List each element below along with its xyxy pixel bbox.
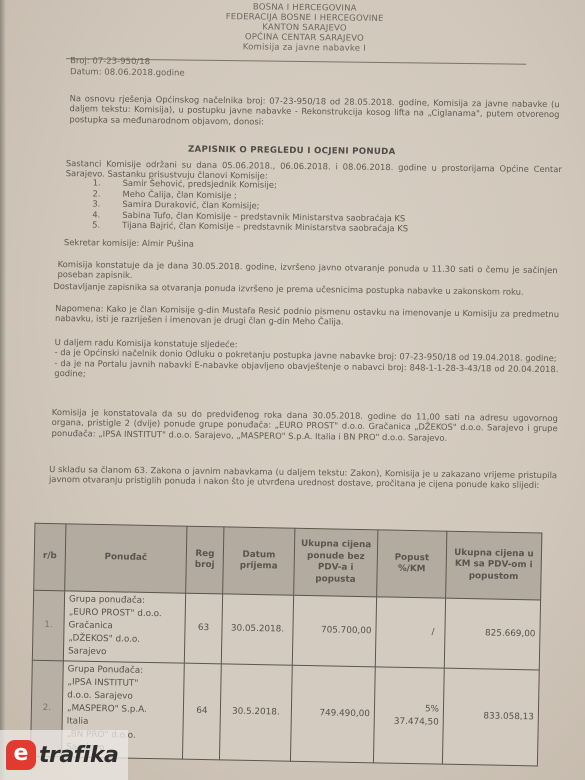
col-popust: Popust %/KM xyxy=(377,530,447,598)
commission-members-list: 1.Samir Šehović, predsjednik Komisije; 2… xyxy=(92,177,409,233)
document-content: BOSNA I HERCEGOVINA FEDERACIJA BOSNE I H… xyxy=(0,0,585,780)
col-ponudac: Ponuđač xyxy=(65,524,187,593)
further-findings: U daljem radu Komisija konstatuje sljede… xyxy=(54,337,558,385)
document-date: Datum: 08.06.2018.godine xyxy=(70,67,185,79)
law-paragraph: U skladu sa članom 63. Zakona o javnim n… xyxy=(49,464,557,491)
cell-ukupna-bez-pdv: 749.490,00 xyxy=(290,665,375,763)
col-reg-broj: Reg broj xyxy=(186,526,224,594)
cell-popust: / xyxy=(375,597,445,668)
cell-rb: 1. xyxy=(32,590,64,661)
cell-ponudac: Grupa ponuđača: „EURO PROST" d.o.o. Grač… xyxy=(63,591,185,663)
table-header-row: r/b Ponuđač Reg broj Datum prijema Ukupn… xyxy=(34,523,542,600)
etrafika-watermark: e trafika xyxy=(0,730,128,780)
document-title: ZAPISNIK O PREGLEDU I OCJENI PONUDA xyxy=(188,145,396,158)
cell-datum: 30.05.2018. xyxy=(221,594,293,665)
etrafika-logo-text: trafika xyxy=(39,743,118,768)
col-datum-prijema: Datum prijema xyxy=(223,527,295,595)
cell-ukupna-sa-pdv: 825.669,00 xyxy=(444,598,540,670)
cell-datum: 30.5.2018. xyxy=(219,664,292,761)
intro-paragraph: Na osnovu rješenja Općinskog načelnika b… xyxy=(69,93,559,130)
cell-reg-broj: 64 xyxy=(182,663,221,760)
note-paragraph: Napomena: Kako je član Komisije g-din Mu… xyxy=(55,303,559,330)
table-row: 1. Grupa ponuđača: „EURO PROST" d.o.o. G… xyxy=(32,590,540,670)
col-ukupna-bez-pdv: Ukupna cijena ponude bez PDV-a i popusta xyxy=(294,528,378,597)
received-offers-paragraph: Komisija je konstatovala da su do predvi… xyxy=(52,407,558,444)
col-ukupna-sa-pdv: Ukupna cijena u KM sa PDV-om i popustom xyxy=(446,531,542,600)
cell-popust: 5% 37.474,50 xyxy=(373,667,444,764)
document-page: BOSNA I HERCEGOVINA FEDERACIJA BOSNE I H… xyxy=(0,0,585,780)
institution-header: BOSNA I HERCEGOVINA FEDERACIJA BOSNE I H… xyxy=(184,2,425,55)
header-line: Komisija za javne nabavke I xyxy=(184,42,424,55)
cell-ukupna-sa-pdv: 833.058,13 xyxy=(442,668,539,766)
cell-reg-broj: 63 xyxy=(184,593,222,664)
etrafika-logo-icon: e xyxy=(6,740,36,770)
col-rb: r/b xyxy=(34,523,66,591)
document-meta: Broj: 07-23-950/18 Datum: 08.06.2018.god… xyxy=(70,56,185,79)
commission-secretary: Sekretar komisije: Almir Pušina xyxy=(64,237,194,249)
cell-ukupna-bez-pdv: 705.700,00 xyxy=(292,595,376,667)
popust-km: 37.474,50 xyxy=(379,715,439,729)
popust-percent: 5% xyxy=(379,702,439,716)
